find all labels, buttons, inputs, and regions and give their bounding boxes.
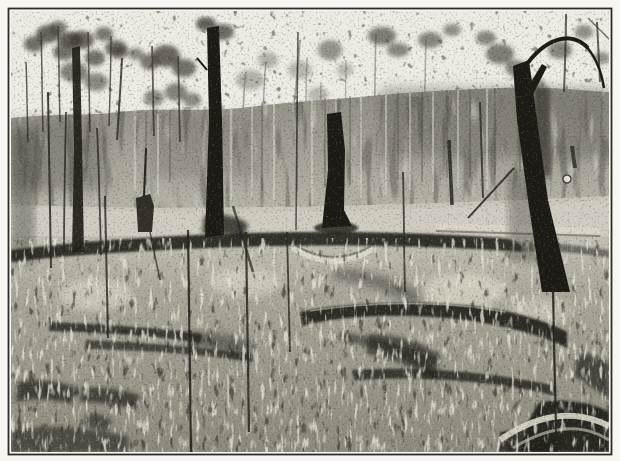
photograph-plate (0, 0, 620, 461)
photograph-scene (0, 0, 620, 461)
photo-content (11, 11, 610, 458)
grain-light (11, 11, 609, 452)
